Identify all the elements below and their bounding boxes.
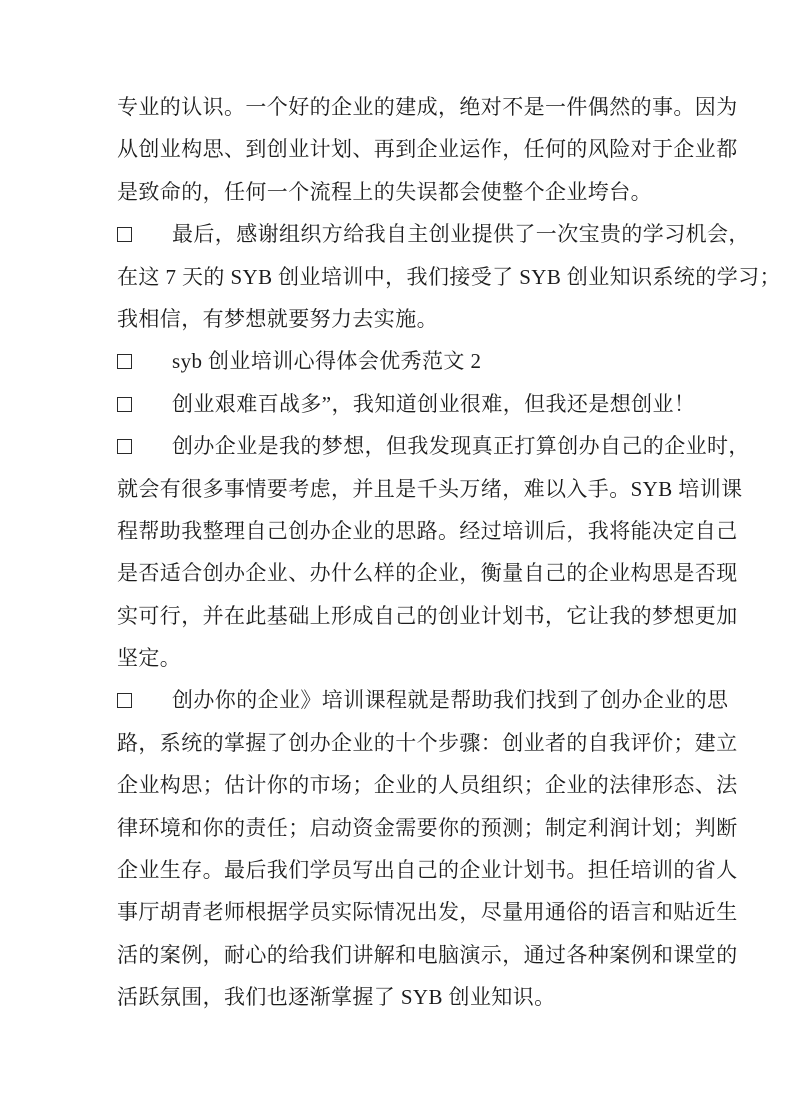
line-text: 坚定。 <box>117 646 181 670</box>
line-text: 实可行，并在此基础上形成自己的创业计划书，它让我的梦想更加 <box>117 604 738 628</box>
line-text: 活跃氛围，我们也逐渐掌握了 SYB 创业知识。 <box>117 985 556 1009</box>
missing-glyph-box-icon <box>117 693 132 708</box>
line-text: 程帮助我整理自己创办企业的思路。经过培训后，我将能决定自己 <box>117 519 738 543</box>
line-text: 企业生存。最后我们学员写出自己的企业计划书。担任培训的省人 <box>117 858 738 882</box>
text-line: 事厅胡青老师根据学员实际情况出发，尽量用通俗的语言和贴近生 <box>117 891 693 933</box>
line-text: syb 创业培训心得体会优秀范文 2 <box>172 349 481 373</box>
line-text: 企业构思；估计你的市场；企业的人员组织；企业的法律形态、法 <box>117 773 738 797</box>
text-line: 企业生存。最后我们学员写出自己的企业计划书。担任培训的省人 <box>117 849 693 891</box>
text-line: 从创业构思、到创业计划、再到企业运作，任何的风险对于企业都 <box>117 128 693 170</box>
text-line: 就会有很多事情要考虑，并且是千头万绪，难以入手。SYB 培训课 <box>117 468 693 510</box>
text-line: 创办你的企业》培训课程就是帮助我们找到了创办企业的思 <box>117 679 693 721</box>
text-line: 坚定。 <box>117 637 693 679</box>
line-text: 事厅胡青老师根据学员实际情况出发，尽量用通俗的语言和贴近生 <box>117 900 738 924</box>
line-text: 在这 7 天的 SYB 创业培训中，我们接受了 SYB 创业知识系统的学习； <box>117 265 781 289</box>
text-line: 在这 7 天的 SYB 创业培训中，我们接受了 SYB 创业知识系统的学习； <box>117 256 693 298</box>
text-line: 创业艰难百战多”，我知道创业很难，但我还是想创业！ <box>117 383 693 425</box>
document-text-block: 专业的认识。一个好的企业的建成，绝对不是一件偶然的事。因为从创业构思、到创业计划… <box>117 86 693 1019</box>
line-text: 创业艰难百战多”，我知道创业很难，但我还是想创业！ <box>172 392 695 416</box>
text-line: 实可行，并在此基础上形成自己的创业计划书，它让我的梦想更加 <box>117 595 693 637</box>
line-text: 律环境和你的责任；启动资金需要你的预测；制定利润计划；判断 <box>117 816 738 840</box>
line-text: 是否适合创办企业、办什么样的企业，衡量自己的企业构思是否现 <box>117 561 738 585</box>
document-page: 专业的认识。一个好的企业的建成，绝对不是一件偶然的事。因为从创业构思、到创业计划… <box>0 0 792 1120</box>
text-line: 律环境和你的责任；启动资金需要你的预测；制定利润计划；判断 <box>117 807 693 849</box>
line-text: 专业的认识。一个好的企业的建成，绝对不是一件偶然的事。因为 <box>117 95 738 119</box>
line-text: 从创业构思、到创业计划、再到企业运作，任何的风险对于企业都 <box>117 137 738 161</box>
text-line: 创办企业是我的梦想，但我发现真正打算创办自己的企业时， <box>117 425 693 467</box>
missing-glyph-box-icon <box>117 439 132 454</box>
text-line: 我相信，有梦想就要努力去实施。 <box>117 298 693 340</box>
missing-glyph-box-icon <box>117 354 132 369</box>
text-line: 活跃氛围，我们也逐渐掌握了 SYB 创业知识。 <box>117 976 693 1018</box>
line-text: 是致命的，任何一个流程上的失误都会使整个企业垮台。 <box>117 180 652 204</box>
text-line: 活的案例，耐心的给我们讲解和电脑演示，通过各种案例和课堂的 <box>117 934 693 976</box>
text-line: 是否适合创办企业、办什么样的企业，衡量自己的企业构思是否现 <box>117 552 693 594</box>
line-text: 路，系统的掌握了创办企业的十个步骤：创业者的自我评价；建立 <box>117 731 738 755</box>
line-text: 活的案例，耐心的给我们讲解和电脑演示，通过各种案例和课堂的 <box>117 943 738 967</box>
line-text: 就会有很多事情要考虑，并且是千头万绪，难以入手。SYB 培训课 <box>117 477 743 501</box>
text-line: 路，系统的掌握了创办企业的十个步骤：创业者的自我评价；建立 <box>117 722 693 764</box>
text-line: 企业构思；估计你的市场；企业的人员组织；企业的法律形态、法 <box>117 764 693 806</box>
missing-glyph-box-icon <box>117 227 132 242</box>
text-line: syb 创业培训心得体会优秀范文 2 <box>117 340 693 382</box>
text-line: 是致命的，任何一个流程上的失误都会使整个企业垮台。 <box>117 171 693 213</box>
line-text: 最后，感谢组织方给我自主创业提供了一次宝贵的学习机会， <box>172 222 750 246</box>
text-line: 程帮助我整理自己创办企业的思路。经过培训后，我将能决定自己 <box>117 510 693 552</box>
missing-glyph-box-icon <box>117 397 132 412</box>
line-text: 创办你的企业》培训课程就是帮助我们找到了创办企业的思 <box>172 688 728 712</box>
line-text: 创办企业是我的梦想，但我发现真正打算创办自己的企业时， <box>172 434 750 458</box>
text-line: 最后，感谢组织方给我自主创业提供了一次宝贵的学习机会， <box>117 213 693 255</box>
line-text: 我相信，有梦想就要努力去实施。 <box>117 307 438 331</box>
text-line: 专业的认识。一个好的企业的建成，绝对不是一件偶然的事。因为 <box>117 86 693 128</box>
